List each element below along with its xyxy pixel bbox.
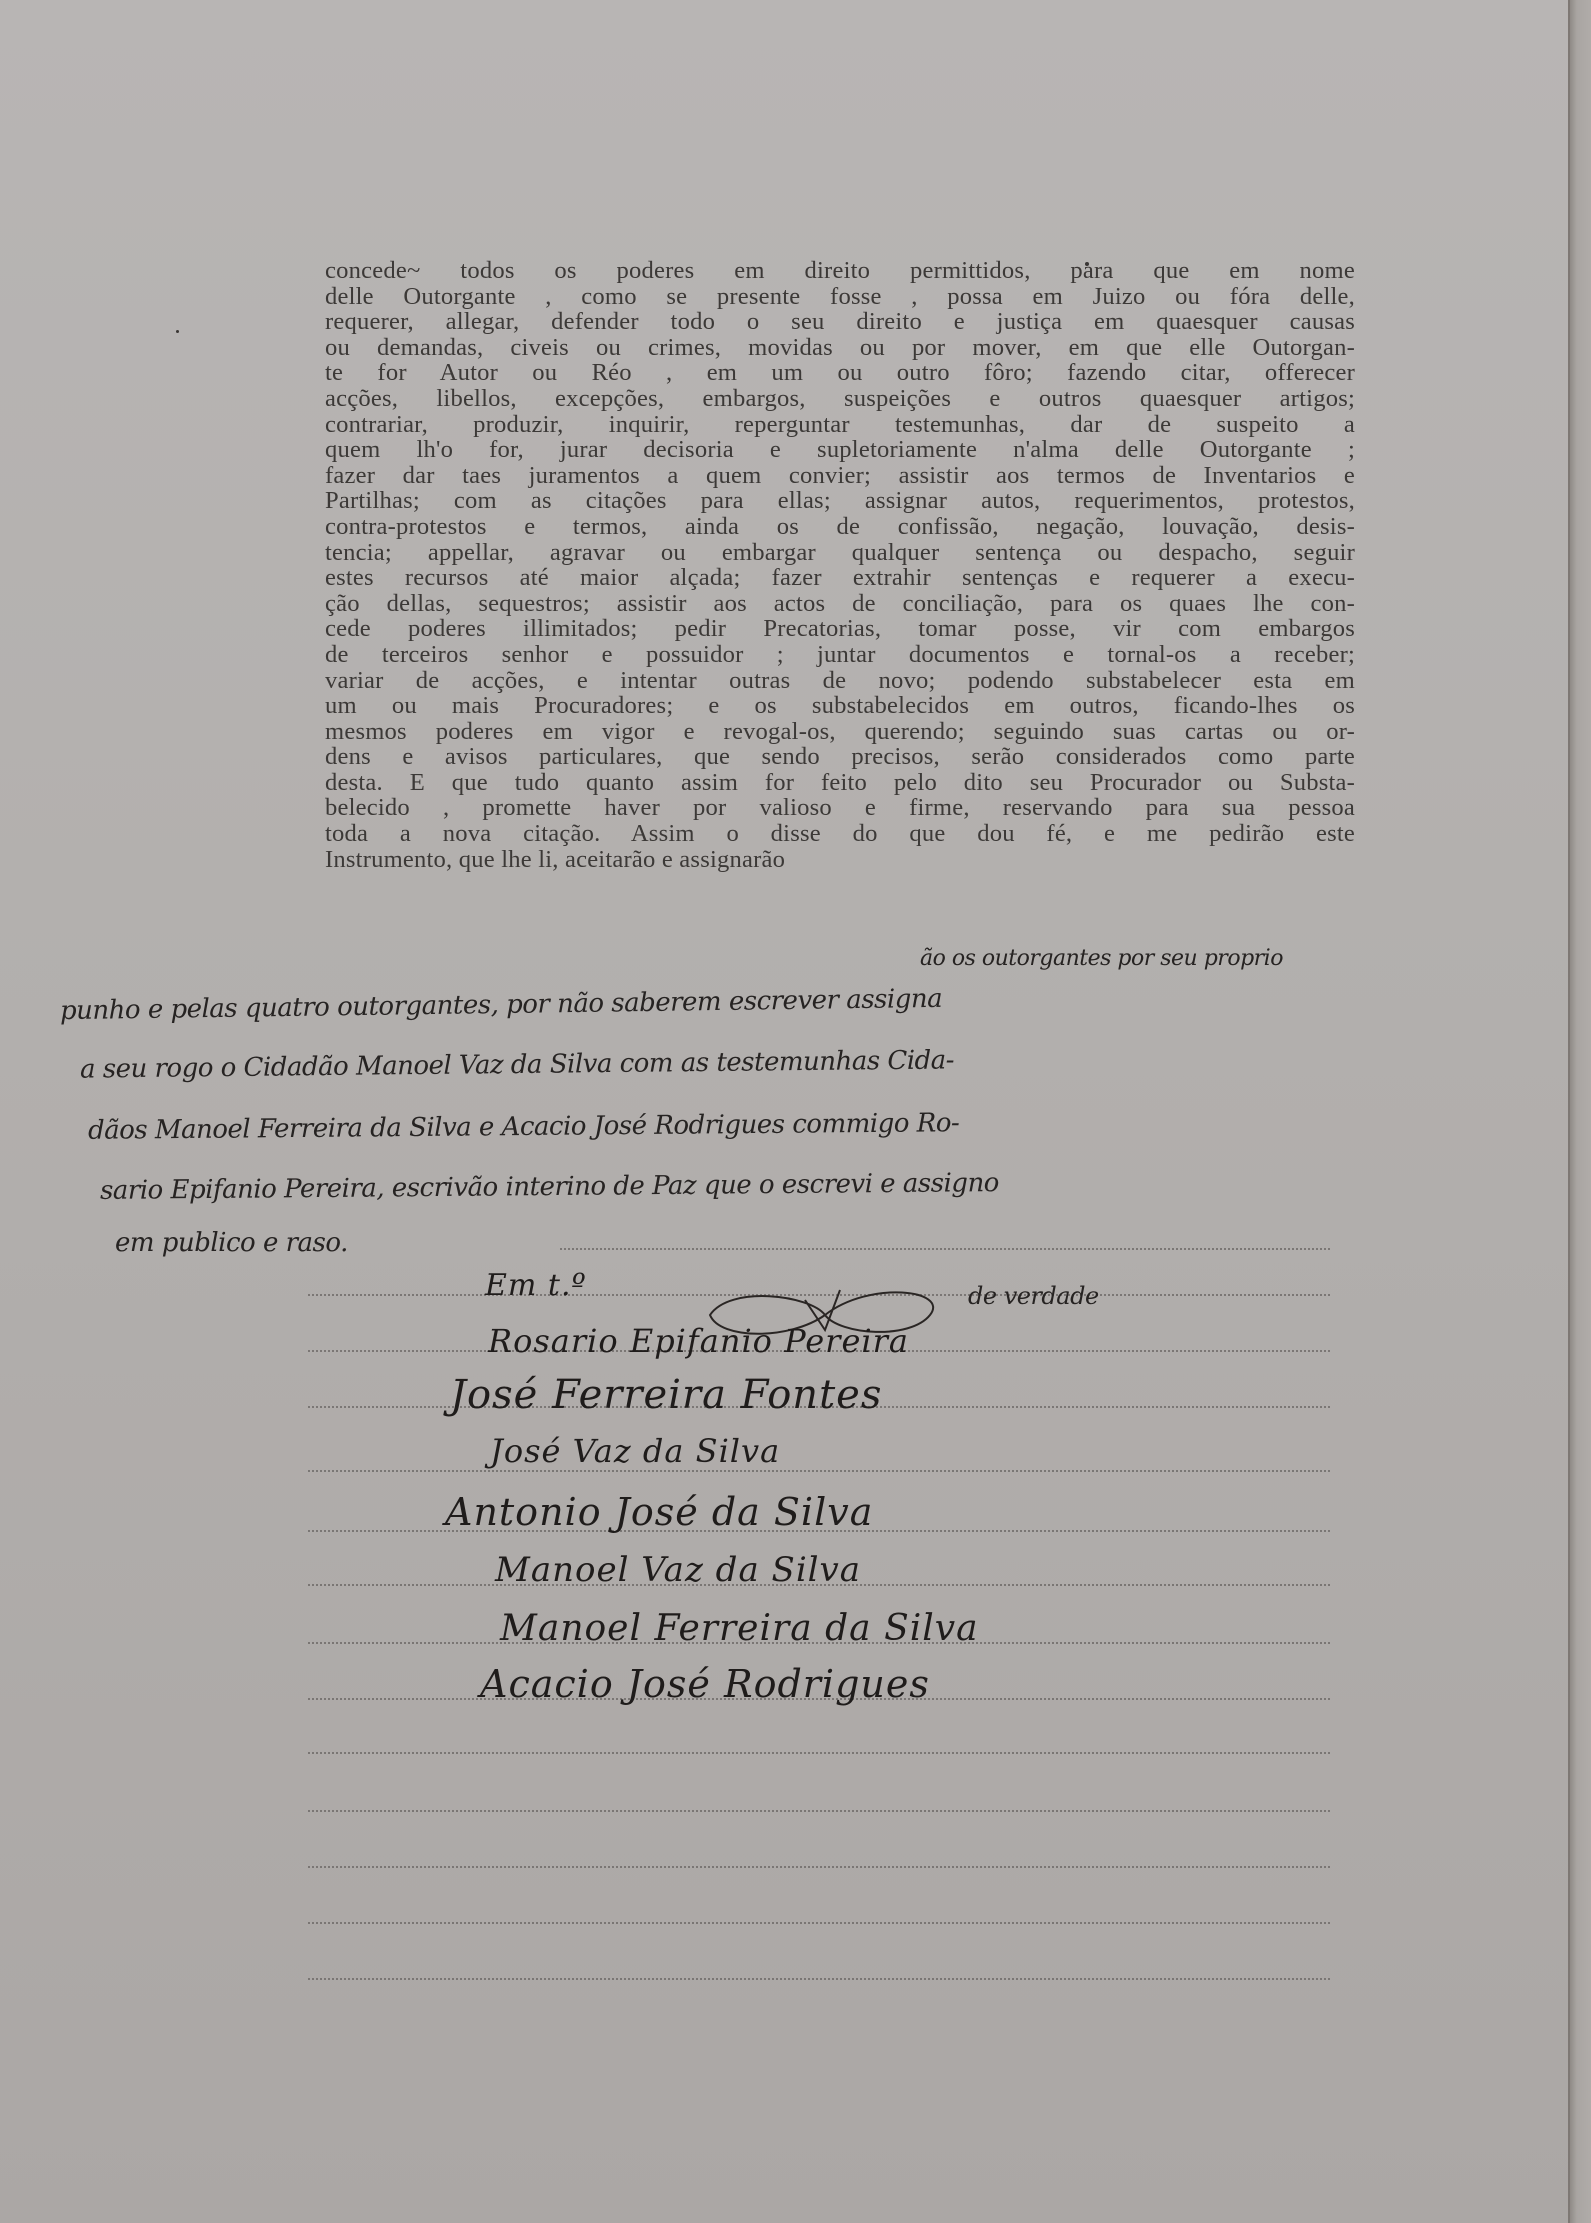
handwritten-line: a seu rogo o Cidadão Manoel Vaz da Silva…	[80, 1045, 954, 1084]
printed-line: acções, libellos, excepções, embargos, s…	[325, 386, 1355, 412]
ink-speck	[176, 330, 179, 333]
rule-line	[560, 1248, 1330, 1250]
handwritten-inline-continuation: ão os outorgantes por seu proprio	[920, 946, 1283, 971]
rule-line	[308, 1978, 1330, 1980]
handwritten-line: punho e pelas quatro outorgantes, por nã…	[60, 984, 942, 1026]
handwritten-line: em publico e raso.	[115, 1228, 348, 1258]
printed-line: toda a nova citação. Assim o disse do qu…	[325, 821, 1355, 847]
printed-line: quem lh'o for, jurar decisoria e supleto…	[325, 437, 1355, 463]
rule-line	[308, 1922, 1330, 1924]
printed-line: tencia; appellar, agravar ou embargar qu…	[325, 540, 1355, 566]
printed-line: ou demandas, civeis ou crimes, movidas o…	[325, 335, 1355, 361]
printed-line: belecido , promette haver por valioso e …	[325, 795, 1355, 821]
handwritten-line: dãos Manoel Ferreira da Silva e Acacio J…	[88, 1108, 959, 1146]
printed-line: estes recursos até maior alçada; fazer e…	[325, 565, 1355, 591]
printed-line: dens e avisos particulares, que sendo pr…	[325, 744, 1355, 770]
printed-line: ção dellas, sequestros; assistir aos act…	[325, 591, 1355, 617]
printed-line: Instrumento, que lhe li, aceitarão e ass…	[325, 847, 1355, 873]
printed-line: desta. E que tudo quanto assim for feito…	[325, 770, 1355, 796]
rule-line	[308, 1470, 1330, 1472]
rule-line	[308, 1866, 1330, 1868]
printed-line: fazer dar taes juramentos a quem convier…	[325, 463, 1355, 489]
signature: Acacio José Rodrigues	[480, 1662, 930, 1706]
signature: José Ferreira Fontes	[450, 1372, 882, 1418]
printed-line: te for Autor ou Réo , em um ou outro fôr…	[325, 360, 1355, 386]
printed-line: Partilhas; com as citações para ellas; a…	[325, 488, 1355, 514]
attestation-suffix: de verdade	[968, 1282, 1099, 1310]
printed-form-text: concede~ todos os poderes em direito per…	[325, 258, 1355, 872]
page-edge	[1568, 0, 1591, 2223]
printed-line: concede~ todos os poderes em direito per…	[325, 258, 1355, 284]
signature: Manoel Vaz da Silva	[495, 1550, 861, 1590]
rule-line	[308, 1752, 1330, 1754]
printed-line: cede poderes illimitados; pedir Precator…	[325, 616, 1355, 642]
printed-line: delle Outorgante , como se presente foss…	[325, 284, 1355, 310]
notary-signature: Rosario Epifanio Pereira	[488, 1322, 909, 1360]
signature: Manoel Ferreira da Silva	[500, 1608, 979, 1649]
printed-line: um ou mais Procuradores; e os substabele…	[325, 693, 1355, 719]
handwritten-line: sario Epifanio Pereira, escrivão interin…	[100, 1168, 999, 1206]
printed-line: contra-protestos e termos, ainda os de c…	[325, 514, 1355, 540]
printed-line: de terceiros senhor e possuidor ; juntar…	[325, 642, 1355, 668]
rule-line	[308, 1810, 1330, 1812]
attestation-prefix: Em t.º	[485, 1268, 587, 1303]
printed-line: variar de acções, e intentar outras de n…	[325, 668, 1355, 694]
printed-line: contrariar, produzir, inquirir, repergun…	[325, 412, 1355, 438]
signature: José Vaz da Silva	[490, 1432, 780, 1470]
signature: Antonio José da Silva	[445, 1490, 873, 1534]
printed-line: mesmos poderes em vigor e revogal-os, qu…	[325, 719, 1355, 745]
document-page: concede~ todos os poderes em direito per…	[0, 0, 1568, 2223]
ink-speck	[1085, 262, 1089, 266]
printed-line: requerer, allegar, defender todo o seu d…	[325, 309, 1355, 335]
